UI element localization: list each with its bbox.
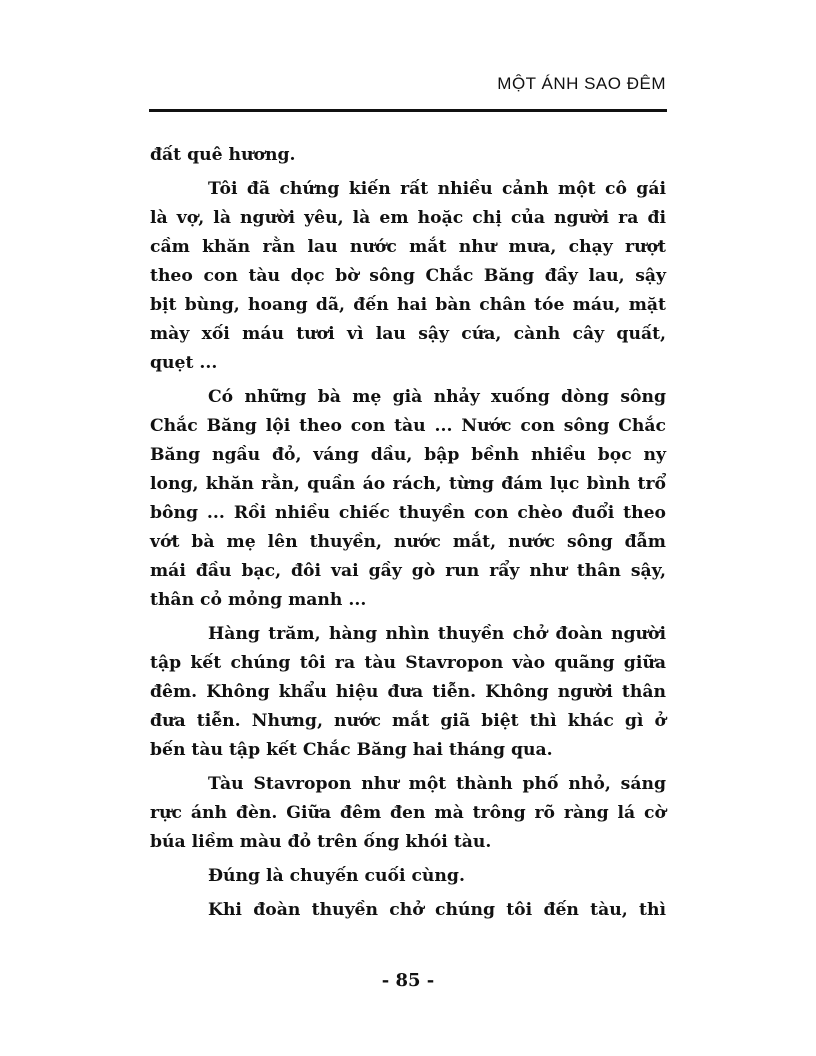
header-rule: [149, 109, 667, 112]
text-line: búa liềm màu đỏ trên ống khói tàu.: [150, 828, 666, 857]
text-line: mày xối máu tươi vì lau sậy cứa, cành câ…: [150, 320, 666, 349]
paragraph: đất quê hương.: [150, 141, 666, 170]
text-line: thân cỏ mỏng manh ...: [150, 586, 666, 615]
text-line: Tàu Stavropon như một thành phố nhỏ, sán…: [150, 770, 666, 799]
text-line: Đúng là chuyến cuối cùng.: [150, 862, 666, 891]
text-line: bến tàu tập kết Chắc Băng hai tháng qua.: [150, 736, 666, 765]
text-line: bịt bùng, hoang dã, đến hai bàn chân tóe…: [150, 291, 666, 320]
paragraph: Đúng là chuyến cuối cùng.: [150, 862, 666, 891]
text-line: cầm khăn rằn lau nước mắt như mưa, chạy …: [150, 233, 666, 262]
page-number: - 85 -: [0, 970, 816, 991]
text-line: bông ... Rồi nhiều chiếc thuyền con chèo…: [150, 499, 666, 528]
text-line: rực ánh đèn. Giữa đêm đen mà trông rõ rà…: [150, 799, 666, 828]
paragraph: Có những bà mẹ già nhảy xuống dòng sông …: [150, 383, 666, 615]
text-line: vớt bà mẹ lên thuyền, nước mắt, nước sôn…: [150, 528, 666, 557]
book-page: MỘT ÁNH SAO ĐÊM đất quê hương. Tôi đã ch…: [0, 0, 816, 1056]
text-line: Có những bà mẹ già nhảy xuống dòng sông: [150, 383, 666, 412]
text-line: đất quê hương.: [150, 141, 666, 170]
text-line: Chắc Băng lội theo con tàu ... Nước con …: [150, 412, 666, 441]
body-text: đất quê hương. Tôi đã chứng kiến rất nhi…: [150, 141, 666, 925]
paragraph: Hàng trăm, hàng nhìn thuyền chở đoàn ngư…: [150, 620, 666, 765]
running-head: MỘT ÁNH SAO ĐÊM: [497, 74, 666, 94]
paragraph: Tàu Stavropon như một thành phố nhỏ, sán…: [150, 770, 666, 857]
text-line: Tôi đã chứng kiến rất nhiều cảnh một cô …: [150, 175, 666, 204]
text-line: quẹt ...: [150, 349, 666, 378]
text-line: mái đầu bạc, đôi vai gầy gò run rẩy như …: [150, 557, 666, 586]
paragraph: Khi đoàn thuyền chở chúng tôi đến tàu, t…: [150, 896, 666, 925]
text-line: Hàng trăm, hàng nhìn thuyền chở đoàn ngư…: [150, 620, 666, 649]
text-line: tập kết chúng tôi ra tàu Stavropon vào q…: [150, 649, 666, 678]
text-line: đưa tiễn. Nhưng, nước mắt giã biệt thì k…: [150, 707, 666, 736]
paragraph: Tôi đã chứng kiến rất nhiều cảnh một cô …: [150, 175, 666, 378]
text-line: theo con tàu dọc bờ sông Chắc Băng đầy l…: [150, 262, 666, 291]
text-line: là vợ, là người yêu, là em hoặc chị của …: [150, 204, 666, 233]
text-line: Băng ngầu đỏ, váng dầu, bập bềnh nhiều b…: [150, 441, 666, 470]
text-line: long, khăn rằn, quần áo rách, từng đám l…: [150, 470, 666, 499]
text-line: Khi đoàn thuyền chở chúng tôi đến tàu, t…: [150, 896, 666, 925]
text-line: đêm. Không khẩu hiệu đưa tiễn. Không ngư…: [150, 678, 666, 707]
